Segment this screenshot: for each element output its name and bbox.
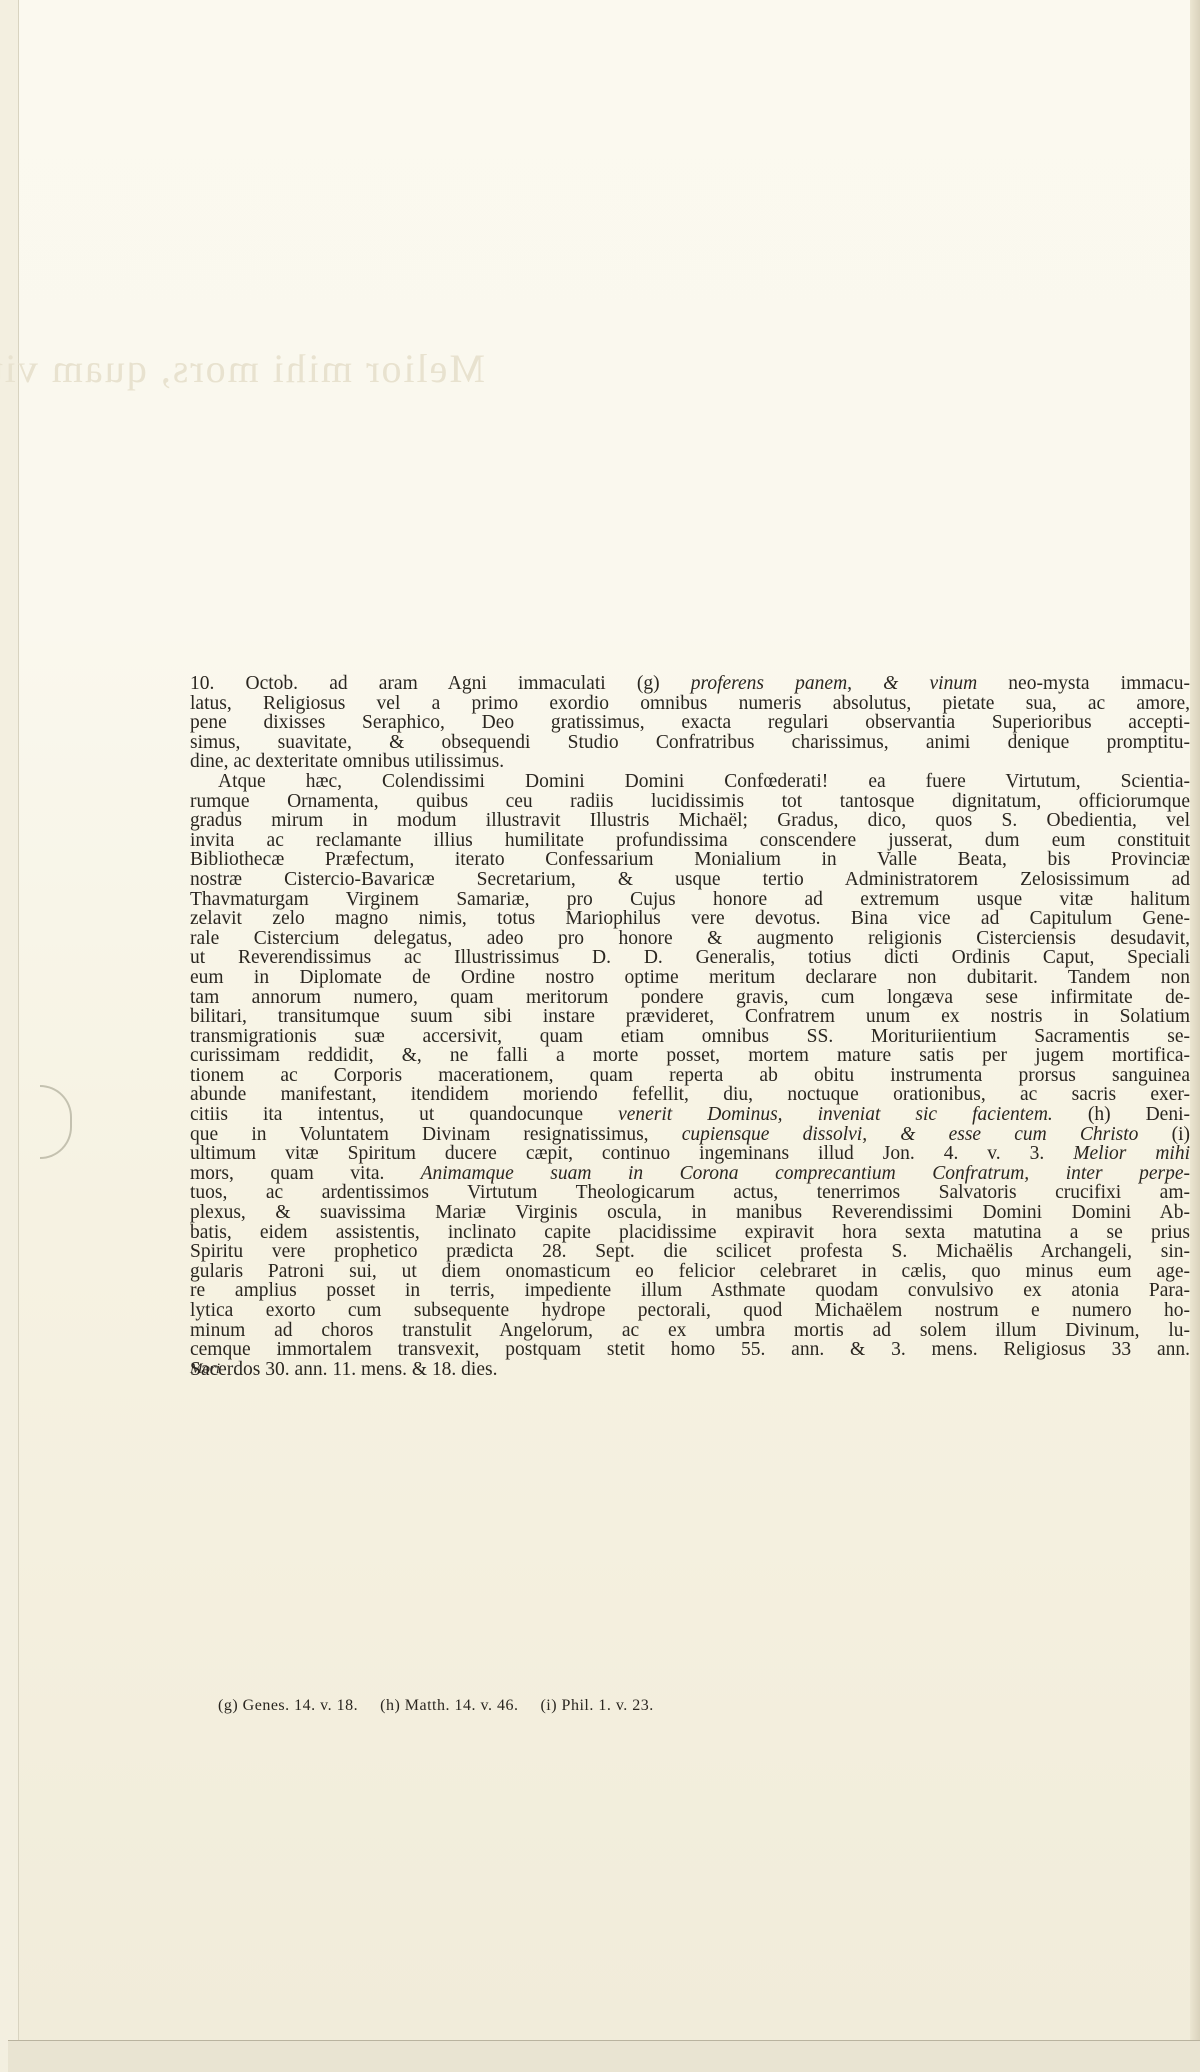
text-segment: rumque Ornamenta, quibus ceu radiis luci…: [190, 791, 1190, 812]
paragraph-2-line: tionem ac Corporis macerationem, quam re…: [190, 1066, 1190, 1086]
footnote: (g) Genes. 14. v. 18.: [218, 1697, 358, 1714]
text-segment: ut Reverendissimus ac Illustrissimus D. …: [190, 947, 1190, 968]
text-segment: ultimum vitæ Spiritum ducere cæpit, cont…: [190, 1143, 1073, 1164]
paragraph-2-line: re amplius posset in terris, impediente …: [190, 1281, 1190, 1301]
text-segment: Sacerdos 30. ann. 11. mens. & 18. dies.: [190, 1359, 497, 1380]
paragraph-2-line: mors, quam vita. Animamque suam in Coron…: [190, 1164, 1190, 1184]
paragraph-2-line: bilitari, transitumque suum sibi instare…: [190, 1007, 1190, 1027]
footnote: (h) Matth. 14. v. 46.: [380, 1697, 518, 1714]
paragraph-2-line: ut Reverendissimus ac Illustrissimus D. …: [190, 948, 1190, 968]
text-segment: batis, eidem assistentis, inclinato capi…: [190, 1222, 1190, 1243]
text-segment: (h) Deni-: [1053, 1104, 1190, 1125]
text-segment: que in Voluntatem Divinam resignatissimu…: [190, 1124, 682, 1145]
paragraph-2-line: tam annorum numero, quam meritorum ponde…: [190, 988, 1190, 1008]
text-segment: bilitari, transitumque suum sibi instare…: [190, 1006, 1190, 1027]
paragraph-2-line: ultimum vitæ Spiritum ducere cæpit, cont…: [190, 1144, 1190, 1164]
paragraph-2-line: plexus, & suavissima Mariæ Virginis oscu…: [190, 1203, 1190, 1223]
text-segment: citiis ita intentus, ut quandocunque: [190, 1104, 618, 1125]
text-segment: gradus mirum in modum illustravit Illust…: [190, 810, 1190, 831]
text-segment: latus, Religiosus vel a primo exordio om…: [190, 693, 1190, 714]
text-segment: gularis Patroni sui, ut diem onomasticum…: [190, 1261, 1190, 1282]
text-segment: pene dixisses Seraphico, Deo gratissimus…: [190, 712, 1190, 733]
paragraph-1-line: latus, Religiosus vel a primo exordio om…: [190, 694, 1190, 714]
paragraph-2-line: batis, eidem assistentis, inclinato capi…: [190, 1223, 1190, 1243]
text-segment: Atque hæc, Colendissimi Domini Domini Co…: [218, 771, 1190, 792]
paragraph-2-line: curissimam reddidit, &, ne falli a morte…: [190, 1046, 1190, 1066]
paragraph-1-line: simus, suavitate, & obsequendi Studio Co…: [190, 733, 1190, 753]
paragraph-2-line: invita ac reclamante illius humilitate p…: [190, 831, 1190, 851]
text-segment: invita ac reclamante illius humilitate p…: [190, 830, 1190, 851]
text-segment: curissimam reddidit, &, ne falli a morte…: [190, 1045, 1190, 1066]
italic-quote: proferens panem, & vinum: [691, 673, 977, 694]
text-segment: tionem ac Corporis macerationem, quam re…: [190, 1065, 1190, 1086]
text-segment: eum in Diplomate de Ordine nostro optime…: [190, 967, 1190, 988]
footnote: (i) Phil. 1. v. 23.: [540, 1697, 653, 1714]
paragraph-2-line: rale Cistercium delegatus, adeo pro hono…: [190, 929, 1190, 949]
text-segment: simus, suavitate, & obsequendi Studio Co…: [190, 732, 1190, 753]
page-right-edge: [1190, 0, 1200, 2072]
italic-quote: venerit Dominus, inveniat sic facientem.: [618, 1104, 1053, 1125]
paragraph-2-line: cemque immortalem transvexit, postquam s…: [190, 1340, 1190, 1360]
text-segment: tam annorum numero, quam meritorum ponde…: [190, 987, 1190, 1008]
paragraph-1-line: 10. Octob. ad aram Agni immaculati (g) p…: [190, 674, 1190, 694]
italic-quote: Animamque suam in Corona comprecantium C…: [384, 1163, 1190, 1184]
text-segment: abunde manifestant, itendidem moriendo f…: [190, 1084, 1190, 1105]
paragraph-2-line: Spiritu vere prophetico prædicta 28. Sep…: [190, 1242, 1190, 1262]
paragraph-2-line: Atque hæc, Colendissimi Domini Domini Co…: [190, 772, 1190, 792]
text-segment: 10. Octob. ad aram Agni immaculati (g): [190, 673, 691, 694]
paragraph-2-line: gradus mirum in modum illustravit Illust…: [190, 811, 1190, 831]
paragraph-2-line: abunde manifestant, itendidem moriendo f…: [190, 1085, 1190, 1105]
paragraph-2-line: rumque Ornamenta, quibus ceu radiis luci…: [190, 792, 1190, 812]
paragraph-2-line: Bibliothecæ Præfectum, iterato Confessar…: [190, 850, 1190, 870]
italic-quote: cupiensque dissolvi, & esse cum Christo: [682, 1124, 1139, 1145]
page-bottom-edge: [8, 2040, 1200, 2072]
text-segment: minum ad choros transtulit Angelorum, ac…: [190, 1320, 1190, 1341]
paragraph-2-line: citiis ita intentus, ut quandocunque ven…: [190, 1105, 1190, 1125]
text-segment: neo-mysta immacu-: [977, 673, 1190, 694]
text-segment: zelavit zelo magno nimis, totus Mariophi…: [190, 908, 1190, 929]
body-text: 10. Octob. ad aram Agni immaculati (g) p…: [190, 674, 1190, 1380]
footnotes: (g) Genes. 14. v. 18.(h) Matth. 14. v. 4…: [218, 1697, 918, 1715]
text-segment: re amplius posset in terris, impediente …: [190, 1280, 1190, 1301]
paragraph-2-line: que in Voluntatem Divinam resignatissimu…: [190, 1125, 1190, 1145]
text-segment: Spiritu vere prophetico prædicta 28. Sep…: [190, 1241, 1190, 1262]
text-segment: tuos, ac ardentissimos Virtutum Theologi…: [190, 1182, 1190, 1203]
paragraph-2-line: nostræ Cistercio-Bavaricæ Secretarium, &…: [190, 870, 1190, 890]
paragraph-2-line: transmigrationis suæ accersivit, quam et…: [190, 1027, 1190, 1047]
paragraph-2-line: tuos, ac ardentissimos Virtutum Theologi…: [190, 1183, 1190, 1203]
italic-quote: Melior mihi: [1073, 1143, 1190, 1164]
paragraph-2-line: gularis Patroni sui, ut diem onomasticum…: [190, 1262, 1190, 1282]
text-segment: dine, ac dexteritate omnibus utilissimus…: [190, 751, 504, 772]
paragraph-2-line: eum in Diplomate de Ordine nostro optime…: [190, 968, 1190, 988]
text-segment: Thavmaturgam Virginem Samariæ, pro Cujus…: [190, 889, 1190, 910]
paragraph-2-line: lytica exorto cum subsequente hydrope pe…: [190, 1301, 1190, 1321]
text-segment: lytica exorto cum subsequente hydrope pe…: [190, 1300, 1190, 1321]
paragraph-1-line: dine, ac dexteritate omnibus utilissimus…: [190, 752, 1190, 772]
paragraph-1-line: pene dixisses Seraphico, Deo gratissimus…: [190, 713, 1190, 733]
text-segment: transmigrationis suæ accersivit, quam et…: [190, 1026, 1190, 1047]
text-segment: rale Cistercium delegatus, adeo pro hono…: [190, 928, 1190, 949]
text-segment: nostræ Cistercio-Bavaricæ Secretarium, &…: [190, 869, 1190, 890]
text-segment: Bibliothecæ Præfectum, iterato Confessar…: [190, 849, 1190, 870]
paragraph-2-line: Thavmaturgam Virginem Samariæ, pro Cujus…: [190, 890, 1190, 910]
paragraph-2-line: zelavit zelo magno nimis, totus Mariophi…: [190, 909, 1190, 929]
paragraph-2-line: minum ad choros transtulit Angelorum, ac…: [190, 1321, 1190, 1341]
text-segment: cemque immortalem transvexit, postquam s…: [190, 1339, 1190, 1360]
bleed-through-text: Melior mihi mors, quam vita. Jon. 4. v. …: [125, 345, 485, 385]
text-segment: plexus, & suavissima Mariæ Virginis oscu…: [190, 1202, 1190, 1223]
text-segment: mors, quam vita.: [190, 1163, 384, 1184]
text-segment: (i): [1138, 1124, 1190, 1145]
